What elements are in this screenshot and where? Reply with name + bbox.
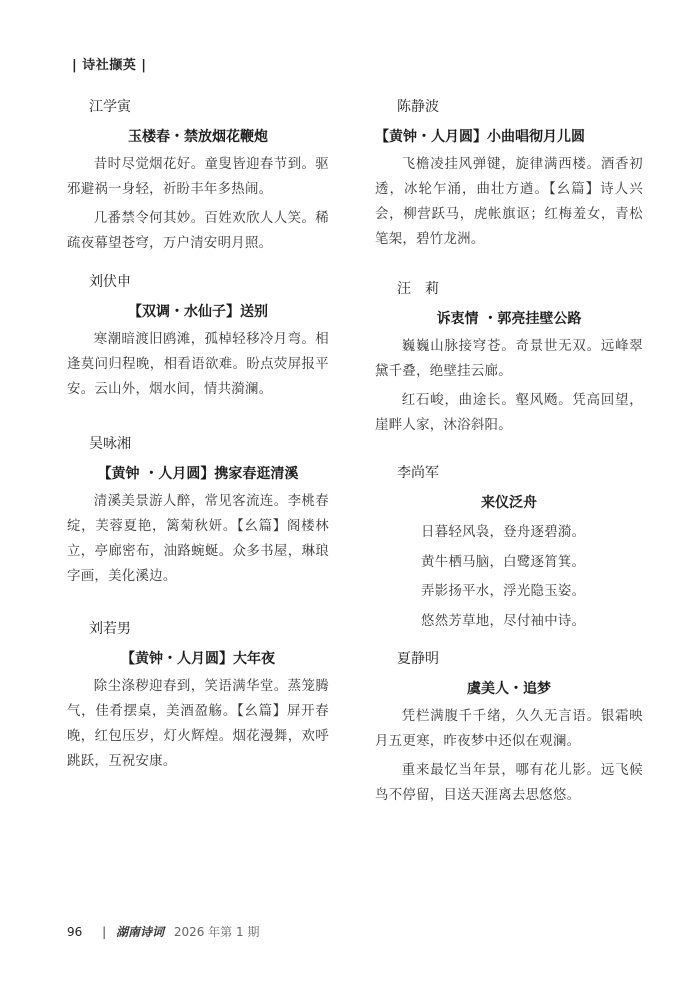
poem-paragraph: 除尘涤秽迎春到，笑语满华堂。蒸笼腾气，佳肴摆桌，美酒盈觞。【幺篇】屏开春晚，红包… bbox=[67, 674, 329, 774]
poem-author: 刘伏申 bbox=[89, 271, 329, 293]
poem-paragraph: 几番禁令何其妙。百姓欢欣人人笑。稀疏夜幕望苍穹，万户清安明月照。 bbox=[67, 206, 329, 256]
poem: 刘伏申 【双调・水仙子】送别 寒潮暗渡旧鸥滩，孤棹轻移冷月弯。相逢莫问归程晚，相… bbox=[67, 271, 329, 433]
page-footer: 96 | 湖南诗词 2026 年第 1 期 bbox=[67, 923, 259, 940]
poem-verse: 黄牛栖马脑，白鹭逐筲箕。 bbox=[375, 548, 643, 578]
footer-separator: | bbox=[102, 925, 106, 939]
poem-verse: 日暮轻风袅，登舟逐碧漪。 bbox=[375, 518, 643, 548]
poem-paragraph: 巍巍山脉接穹苍。奇景世无双。远峰翠黛千叠，绝壁挂云廊。 bbox=[375, 334, 643, 384]
poem-title: 诉衷情 ・郭亮挂壁公路 bbox=[375, 306, 643, 332]
poem: 汪 莉 诉衷情 ・郭亮挂壁公路 巍巍山脉接穹苍。奇景世无双。远峰翠黛千叠，绝壁挂… bbox=[375, 278, 643, 462]
poem-paragraph: 重来最忆当年景，哪有花儿影。远飞候鸟不停留，目送天涯离去思悠悠。 bbox=[375, 758, 643, 808]
poem-verse: 悠然芳草地，尽付袖中诗。 bbox=[375, 607, 643, 637]
poem-author: 江学寅 bbox=[89, 96, 329, 118]
poem-title: 【双调・水仙子】送别 bbox=[67, 299, 329, 325]
poem-author: 刘若男 bbox=[89, 618, 329, 640]
left-column: 江学寅 玉楼春・禁放烟花鞭炮 昔时尽觉烟花好。童叟皆迎春节到。驱邪避祸一身轻，祈… bbox=[67, 96, 329, 778]
poem-paragraph: 昔时尽觉烟花好。童叟皆迎春节到。驱邪避祸一身轻，祈盼丰年多热闹。 bbox=[67, 152, 329, 202]
poem-paragraph: 凭栏满腹千千绪，久久无言语。银霜映月五更寒，昨夜梦中还似在观澜。 bbox=[375, 704, 643, 754]
poem-author: 汪 莉 bbox=[397, 278, 643, 300]
poem-title: 来仪泛舟 bbox=[375, 490, 643, 516]
poem-verse: 弄影扬平水，浮光隐玉姿。 bbox=[375, 577, 643, 607]
poem: 李尚军 来仪泛舟 日暮轻风袅，登舟逐碧漪。 黄牛栖马脑，白鹭逐筲箕。 弄影扬平水… bbox=[375, 462, 643, 648]
poem-title: 【黄钟・人月圆】小曲唱彻月儿圆 bbox=[375, 124, 643, 150]
issue-label: 2026 年第 1 期 bbox=[174, 925, 260, 939]
magazine-name: 湖南诗词 bbox=[116, 925, 164, 939]
section-tag: | 诗社撷英 | bbox=[72, 54, 147, 73]
poem-paragraph: 红石峻，曲途长。壑风飏。凭高回望，崖畔人家，沐浴斜阳。 bbox=[375, 388, 643, 438]
poem: 陈静波 【黄钟・人月圆】小曲唱彻月儿圆 飞檐凌挂风弹键，旋律满西楼。酒香初透，冰… bbox=[375, 96, 643, 278]
right-column: 陈静波 【黄钟・人月圆】小曲唱彻月儿圆 飞檐凌挂风弹键，旋律满西楼。酒香初透，冰… bbox=[375, 96, 643, 812]
poem: 江学寅 玉楼春・禁放烟花鞭炮 昔时尽觉烟花好。童叟皆迎春节到。驱邪避祸一身轻，祈… bbox=[67, 96, 329, 271]
poem-title: 虞美人・追梦 bbox=[375, 676, 643, 702]
poem-title: 玉楼春・禁放烟花鞭炮 bbox=[67, 124, 329, 150]
poem-author: 陈静波 bbox=[397, 96, 643, 118]
poem: 刘若男 【黄钟・人月圆】大年夜 除尘涤秽迎春到，笑语满华堂。蒸笼腾气，佳肴摆桌，… bbox=[67, 618, 329, 774]
poem-paragraph: 寒潮暗渡旧鸥滩，孤棹轻移冷月弯。相逢莫问归程晚，相看语欲难。盼点荧屏报平安。云山… bbox=[67, 327, 329, 402]
poem-author: 吴咏湘 bbox=[89, 433, 329, 455]
poem-paragraph: 飞檐凌挂风弹键，旋律满西楼。酒香初透，冰轮乍涌，曲壮方遒。【幺篇】诗人兴会，柳营… bbox=[375, 152, 643, 252]
poem-author: 李尚军 bbox=[397, 462, 643, 484]
poem-paragraph: 清溪美景游人醉，常见客流连。李桃春绽，芙蓉夏艳，篱菊秋妍。【幺篇】阁楼林立，亭廊… bbox=[67, 489, 329, 589]
poem-author: 夏静明 bbox=[397, 648, 643, 670]
page-number: 96 bbox=[67, 925, 82, 939]
poem-title: 【黄钟・人月圆】大年夜 bbox=[67, 646, 329, 672]
poem: 夏静明 虞美人・追梦 凭栏满腹千千绪，久久无言语。银霜映月五更寒，昨夜梦中还似在… bbox=[375, 648, 643, 808]
poem: 吴咏湘 【黄钟 ・人月圆】携家春逛清溪 清溪美景游人醉，常见客流连。李桃春绽，芙… bbox=[67, 433, 329, 618]
poem-title: 【黄钟 ・人月圆】携家春逛清溪 bbox=[67, 461, 329, 487]
